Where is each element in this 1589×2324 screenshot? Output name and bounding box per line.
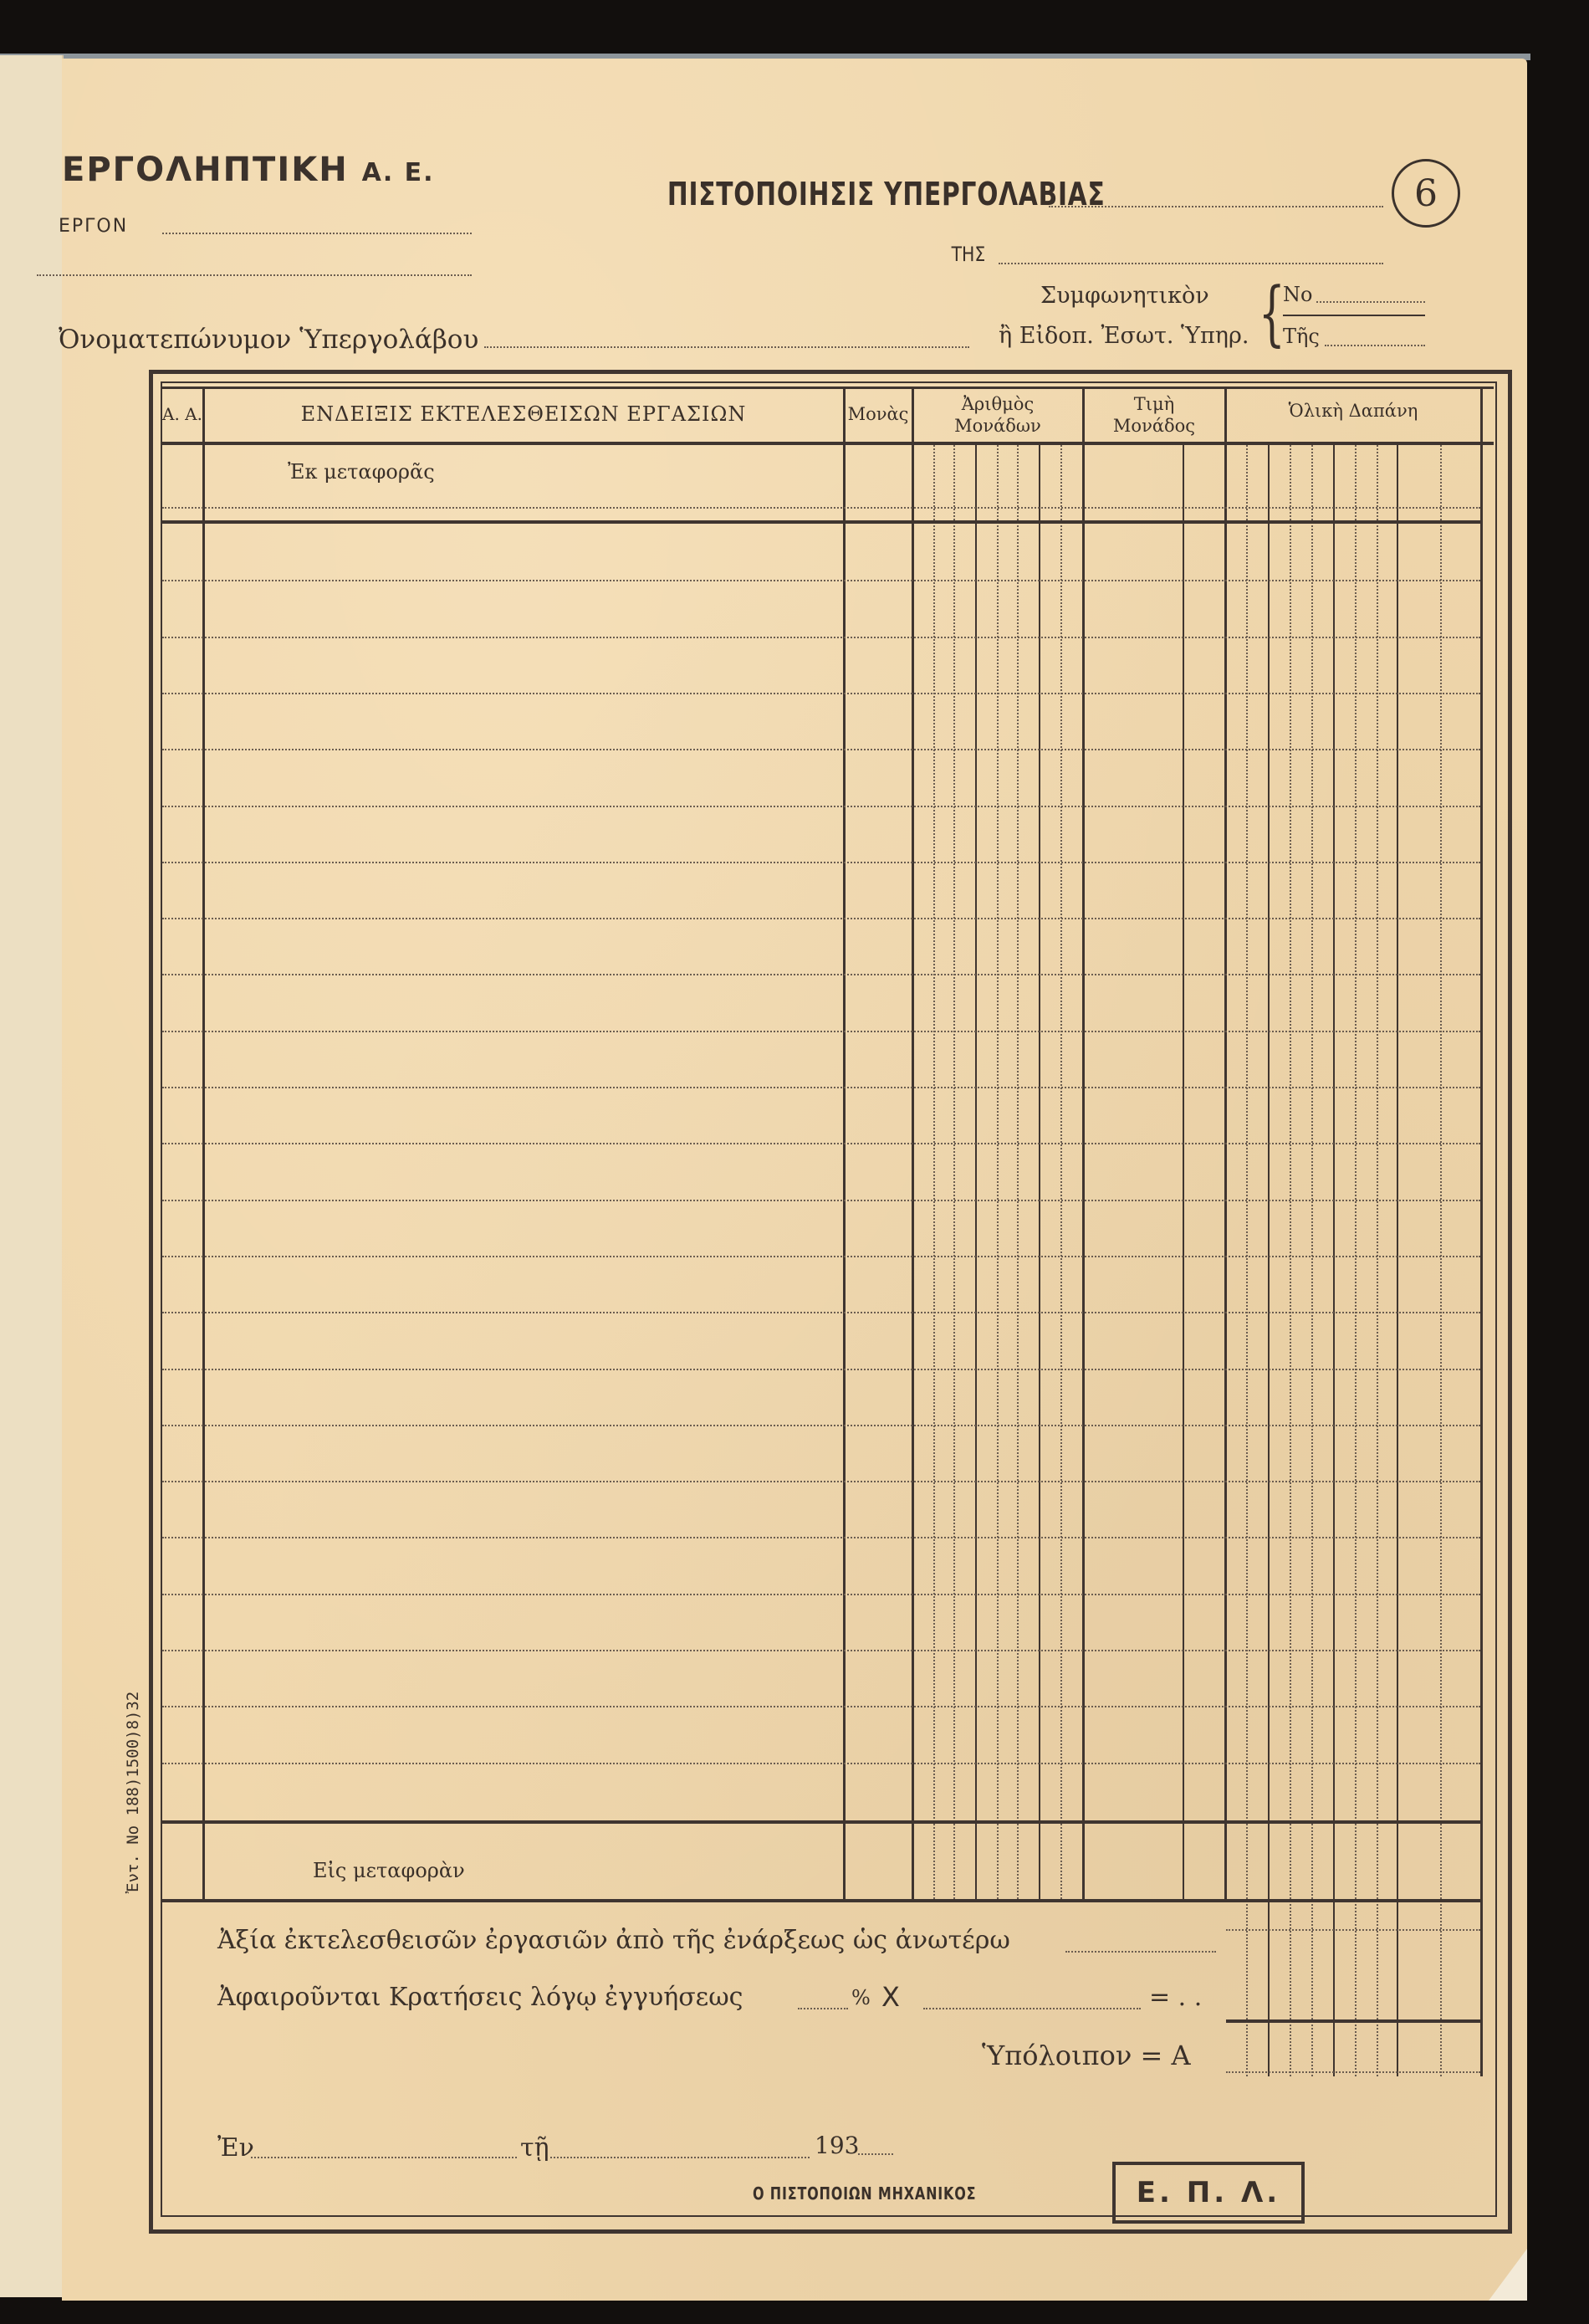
table-row[interactable] (162, 1481, 1480, 1482)
deduction-base-field[interactable] (923, 2008, 1141, 2009)
sheet-number-badge: 6 (1392, 159, 1460, 228)
total-dot-3 (1311, 445, 1313, 2076)
col-header-quantity-1: Ἀριθμὸς (913, 393, 1082, 415)
summary-value-field[interactable] (1065, 1951, 1216, 1953)
remainder-cell (1226, 2071, 1480, 2073)
table-row[interactable] (162, 637, 1480, 638)
year-field[interactable] (858, 2153, 893, 2155)
company-suffix: Α. Ε. (362, 158, 435, 187)
remainder-label: Ὑπόλοιπον = Α (982, 2040, 1191, 2071)
of-field[interactable] (999, 263, 1383, 264)
table-row[interactable] (162, 1143, 1480, 1144)
qty-dot-1 (933, 445, 935, 1899)
price-subcol (1183, 443, 1184, 1899)
table-row[interactable] (162, 1594, 1480, 1595)
table-row[interactable] (162, 1031, 1480, 1032)
table-row[interactable] (162, 974, 1480, 975)
col-header-quantity-2: Μονάδων (913, 415, 1082, 437)
col-header-total: Ὁλικὴ Δαπάνη (1226, 400, 1480, 422)
facing-page-edge (0, 55, 64, 2297)
carried-forward-bottom-rule (162, 1899, 1480, 1902)
total-dot-1 (1246, 445, 1248, 2076)
company-name: ΕΡΓΟΛΗΠΤΙΚΗ Α. Ε. (62, 151, 435, 189)
stamp-box: Ε. Π. Λ. (1112, 2162, 1305, 2224)
subcontractor-label: Ὀνοματεπώνυμον Ὑπεργολάβου (59, 325, 478, 355)
col-header-unit-price-2: Μονάδος (1084, 415, 1224, 437)
carried-forward-label: Εἰς μεταφορὰν (313, 1859, 465, 1882)
sheet-number: 6 (1414, 172, 1438, 215)
brought-forward-rule (162, 520, 1480, 524)
print-reference: Ἐντ. No 188)1500)8)32 (124, 1692, 142, 1892)
form-page: ΕΡΓΟΛΗΠΤΙΚΗ Α. Ε. ΕΡΓΟΝ ΠΙΣΤΟΠΟΙΗΣΙΣ ΥΠΕ… (62, 59, 1527, 2301)
date-label: Τῆς (1283, 325, 1320, 348)
col-header-description: ΕΝΔΕΙΞΙΣ ΕΚΤΕΛΕΣΘΕΙΣΩΝ ΕΡΓΑΣΙΩΝ (206, 403, 841, 425)
stamp-text: Ε. Π. Λ. (1137, 2176, 1280, 2209)
date-day-field[interactable] (550, 2157, 810, 2158)
project-field[interactable] (162, 233, 472, 234)
brace-divider (1283, 315, 1425, 316)
table-row[interactable] (162, 1706, 1480, 1707)
table-row[interactable] (162, 580, 1480, 581)
qty-subcol-1 (975, 443, 977, 1899)
carried-forward-top-rule (162, 1820, 1480, 1824)
year-prefix: 193 (815, 2132, 859, 2159)
table-row[interactable] (162, 1256, 1480, 1257)
brace-icon: { (1259, 278, 1285, 348)
total-dot-4 (1355, 445, 1357, 2076)
brought-forward-dots (162, 507, 1480, 509)
total-dot-5 (1377, 445, 1378, 2076)
col-header-aa: Α. Α. (162, 403, 202, 425)
equals-dots: = . . (1149, 1983, 1202, 2012)
qty-dot-4 (1017, 445, 1019, 1899)
header-bottom-rule (162, 442, 1494, 445)
col-right-edge (1480, 386, 1483, 2076)
table-row[interactable] (162, 918, 1480, 919)
place-field[interactable] (251, 2157, 517, 2158)
company-name-text: ΕΡΓΟΛΗΠΤΙΚΗ (62, 151, 349, 189)
deduction-label: Ἀφαιροῦνται Κρατήσεις λόγῳ ἐγγυήσεως (217, 1983, 743, 2012)
total-dot-6 (1440, 445, 1442, 2076)
table-row[interactable] (162, 806, 1480, 807)
table-row[interactable] (162, 1312, 1480, 1313)
agreement-label-2: ἢ Εἰδοπ. Ἐσωτ. Ὑπηρ. (999, 323, 1249, 349)
col-header-unit-price-1: Τιμὴ (1084, 393, 1224, 415)
table-row[interactable] (162, 1425, 1480, 1426)
table-row[interactable] (162, 862, 1480, 863)
col-header-unit: Μονὰς (845, 403, 912, 425)
of-label: ΤΗΣ (952, 243, 986, 266)
document-title: ΠΙΣΤΟΠΟΙΗΣΙΣ ΥΠΕΡΓΟΛΑΒΙΑΣ (667, 176, 1106, 212)
total-subcol-1 (1268, 443, 1270, 2076)
number-field[interactable] (1316, 301, 1425, 303)
date-day-label: τῇ (520, 2133, 549, 2163)
total-subcol-2 (1333, 443, 1335, 2076)
total-dot-2 (1290, 445, 1291, 2076)
deduction-rule (1226, 2019, 1480, 2023)
header-top-rule (162, 386, 1494, 389)
qty-subcol-2 (1039, 443, 1040, 1899)
date-field[interactable] (1325, 345, 1425, 346)
table-row[interactable] (162, 749, 1480, 750)
table-row[interactable] (162, 1200, 1480, 1201)
deduction-percent-field[interactable] (798, 2008, 848, 2009)
table-row[interactable] (162, 1369, 1480, 1370)
project-label: ΕΡΓΟΝ (59, 216, 128, 237)
summary-value-label: Ἀξία ἐκτελεσθεισῶν ἐργασιῶν ἀπὸ τῆς ἐνάρ… (217, 1926, 1010, 1955)
place-label: Ἐν (217, 2133, 254, 2163)
col-header-quantity: Ἀριθμὸς Μονάδων (913, 393, 1082, 437)
signatory-label: Ο ΠΙΣΤΟΠΟΙΩΝ ΜΗΧΑΝΙΚΟΣ (753, 2183, 976, 2204)
times-sign: X (881, 1981, 900, 2013)
qty-dot-3 (997, 445, 999, 1899)
number-label: No (1283, 283, 1312, 306)
qty-dot-5 (1060, 445, 1062, 1899)
table-row[interactable] (162, 1650, 1480, 1651)
table-row[interactable] (162, 693, 1480, 694)
subcontractor-field[interactable] (484, 346, 969, 348)
total-subcol-3 (1397, 443, 1398, 2076)
col-header-unit-price: Τιμὴ Μονάδος (1084, 393, 1224, 437)
brought-forward-label: Ἐκ μεταφορᾶς (288, 460, 435, 484)
project-field-line2[interactable] (37, 274, 472, 276)
page-corner-fold (1489, 2249, 1527, 2301)
title-field[interactable] (1049, 206, 1383, 207)
qty-dot-2 (953, 445, 955, 1899)
percent-sign: % (851, 1986, 871, 2009)
agreement-label-1: Συμφωνητικὸν (1040, 283, 1209, 309)
table-row[interactable] (162, 1087, 1480, 1088)
summary-value-cell (1226, 1929, 1480, 1931)
table-row[interactable] (162, 1763, 1480, 1764)
table-row[interactable] (162, 1537, 1480, 1538)
